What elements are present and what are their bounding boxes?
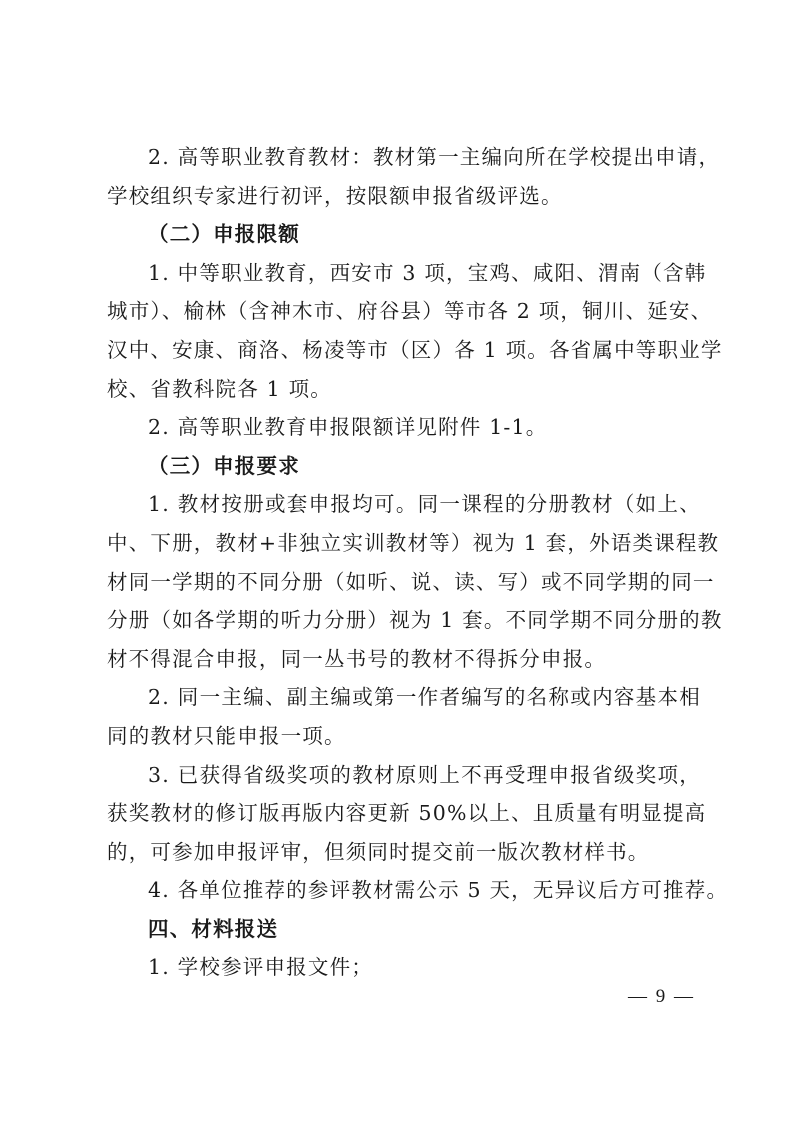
paragraph-line: 学校组织专家进行初评，按限额申报省级评选。 — [107, 177, 701, 216]
paragraph-line: 2. 同一主编、副主编或第一作者编写的名称或内容基本相 — [107, 678, 701, 717]
document-page: 2. 高等职业教育教材：教材第一主编向所在学校提出申请， 学校组织专家进行初评，… — [107, 138, 701, 987]
section-heading: （二）申报限额 — [107, 215, 701, 254]
paragraph-line: 城市）、榆林（含神木市、府谷县）等市各 2 项，铜川、延安、 — [107, 292, 701, 331]
paragraph-line: 分册（如各学期的听力分册）视为 1 套。不同学期不同分册的教 — [107, 601, 701, 640]
chapter-heading: 四、材料报送 — [107, 910, 701, 949]
paragraph-line: 4. 各单位推荐的参评教材需公示 5 天，无异议后方可推荐。 — [107, 871, 701, 910]
paragraph-line: 获奖教材的修订版再版内容更新 50%以上、且质量有明显提高 — [107, 794, 701, 833]
paragraph-line: 1. 学校参评申报文件； — [107, 948, 701, 987]
paragraph-line: 2. 高等职业教育申报限额详见附件 1-1。 — [107, 408, 701, 447]
paragraph-line: 校、省教科院各 1 项。 — [107, 370, 701, 409]
paragraph-line: 3. 已获得省级奖项的教材原则上不再受理申报省级奖项， — [107, 756, 701, 795]
paragraph-line: 汉中、安康、商洛、杨凌等市（区）各 1 项。各省属中等职业学 — [107, 331, 701, 370]
paragraph-line: 材不得混合申报，同一丛书号的教材不得拆分申报。 — [107, 640, 701, 679]
paragraph-line: 1. 中等职业教育，西安市 3 项，宝鸡、咸阳、渭南（含韩 — [107, 254, 701, 293]
paragraph-line: 1. 教材按册或套申报均可。同一课程的分册教材（如上、 — [107, 485, 701, 524]
paragraph-line: 的，可参加申报评审，但须同时提交前一版次教材样书。 — [107, 833, 701, 872]
page-number: — 9 — — [628, 986, 695, 1008]
paragraph-line: 材同一学期的不同分册（如听、说、读、写）或不同学期的同一 — [107, 563, 701, 602]
paragraph-line: 同的教材只能申报一项。 — [107, 717, 701, 756]
section-heading: （三）申报要求 — [107, 447, 701, 486]
paragraph-line: 中、下册，教材+非独立实训教材等）视为 1 套，外语类课程教 — [107, 524, 701, 563]
paragraph-line: 2. 高等职业教育教材：教材第一主编向所在学校提出申请， — [107, 138, 701, 177]
